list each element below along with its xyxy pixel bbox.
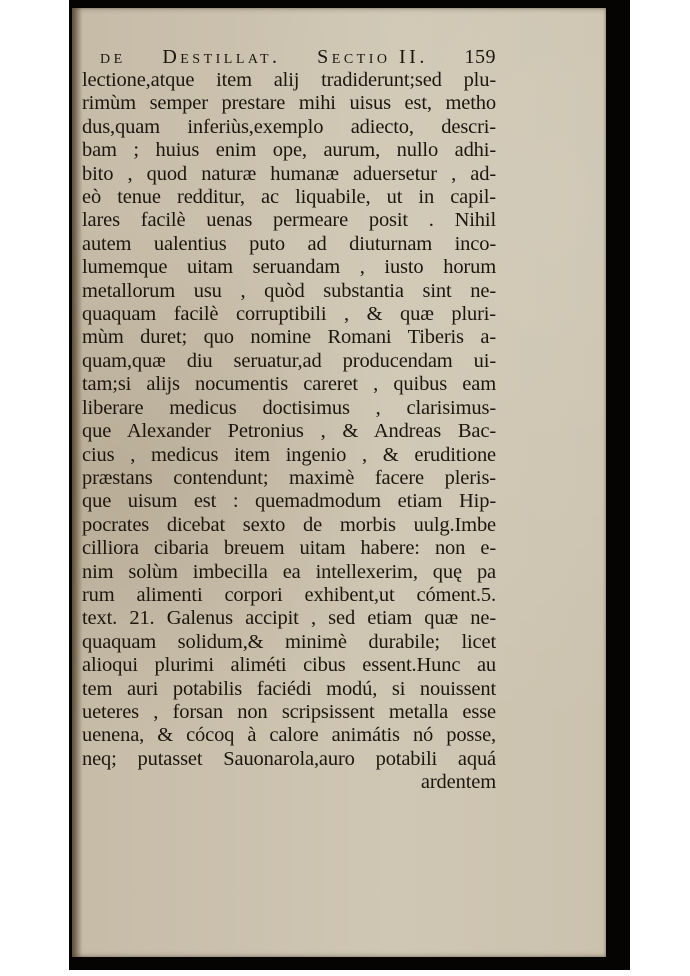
text-line: bito , quod naturæ humanæ aduersetur , a… bbox=[82, 163, 496, 186]
text-block: de Destillat. Sectio II. 159 lectione,at… bbox=[82, 45, 496, 795]
running-head-de: de bbox=[100, 45, 126, 69]
text-line: rimùm semper prestare mihi uisus est, me… bbox=[82, 92, 496, 115]
text-line: liberare medicus doctisimus , clarisimus… bbox=[82, 397, 496, 420]
text-line: lares facilè uenas permeare posit . Nihi… bbox=[82, 209, 496, 232]
text-line: tem auri potabilis faciédi modú, si noui… bbox=[82, 678, 496, 701]
page-number: 159 bbox=[464, 45, 496, 69]
text-line: neq; putasset Sauonarola,auro potabili a… bbox=[82, 748, 496, 771]
catchword: ardentem bbox=[82, 771, 496, 794]
text-line: præstans contendunt; maximè facere pleri… bbox=[82, 467, 496, 490]
running-head-section: Sectio II. bbox=[317, 45, 428, 69]
text-line: nim solùm imbecilla ea intellexerim, quę… bbox=[82, 561, 496, 584]
text-line: eò tenue redditur, ac liquabile, ut in c… bbox=[82, 186, 496, 209]
text-line: cilliora cibaria breuem uitam habere: no… bbox=[82, 537, 496, 560]
text-line: ueteres , forsan non scripsissent metall… bbox=[82, 701, 496, 724]
text-line: que uisum est : quemadmodum etiam Hip- bbox=[82, 490, 496, 513]
text-line: text. 21. Galenus accipit , sed etiam qu… bbox=[82, 607, 496, 630]
text-line: cius , medicus item ingenio , & eruditio… bbox=[82, 444, 496, 467]
text-line: quaquam facilè corruptibili , & quæ plur… bbox=[82, 303, 496, 326]
text-line: pocrates dicebat sexto de morbis uulg.Im… bbox=[82, 514, 496, 537]
text-line: lectione,atque item alij tradiderunt;sed… bbox=[82, 69, 496, 92]
running-head: de Destillat. Sectio II. 159 bbox=[82, 45, 496, 69]
text-line: que Alexander Petronius , & Andreas Bac- bbox=[82, 420, 496, 443]
text-line: alioqui plurimi aliméti cibus essent.Hun… bbox=[82, 654, 496, 677]
text-line: dus,quam inferiùs,exemplo adiecto, descr… bbox=[82, 116, 496, 139]
text-line: rum alimenti corpori exhibent,ut cóment.… bbox=[82, 584, 496, 607]
text-line: bam ; huius enim ope, aurum, nullo adhi- bbox=[82, 139, 496, 162]
text-line: lumemque uitam seruandam , iusto horum bbox=[82, 256, 496, 279]
text-line: tam;si alijs nocumentis careret , quibus… bbox=[82, 373, 496, 396]
text-line: quam,quæ diu seruatur,ad producendam ui- bbox=[82, 350, 496, 373]
text-line: metallorum usu , quòd substantia sint ne… bbox=[82, 280, 496, 303]
text-line: autem ualentius puto ad diuturnam inco- bbox=[82, 233, 496, 256]
running-head-title: Destillat. bbox=[162, 45, 280, 69]
book-page: de Destillat. Sectio II. 159 lectione,at… bbox=[72, 8, 606, 957]
text-line: uenena, & cócoq à calore animátis nó pos… bbox=[82, 724, 496, 747]
text-line: mùm duret; quo nomine Romani Tiberis a- bbox=[82, 326, 496, 349]
gutter-shadow bbox=[72, 8, 82, 957]
text-line: quaquam solidum,& minimè durabile; licet bbox=[82, 631, 496, 654]
